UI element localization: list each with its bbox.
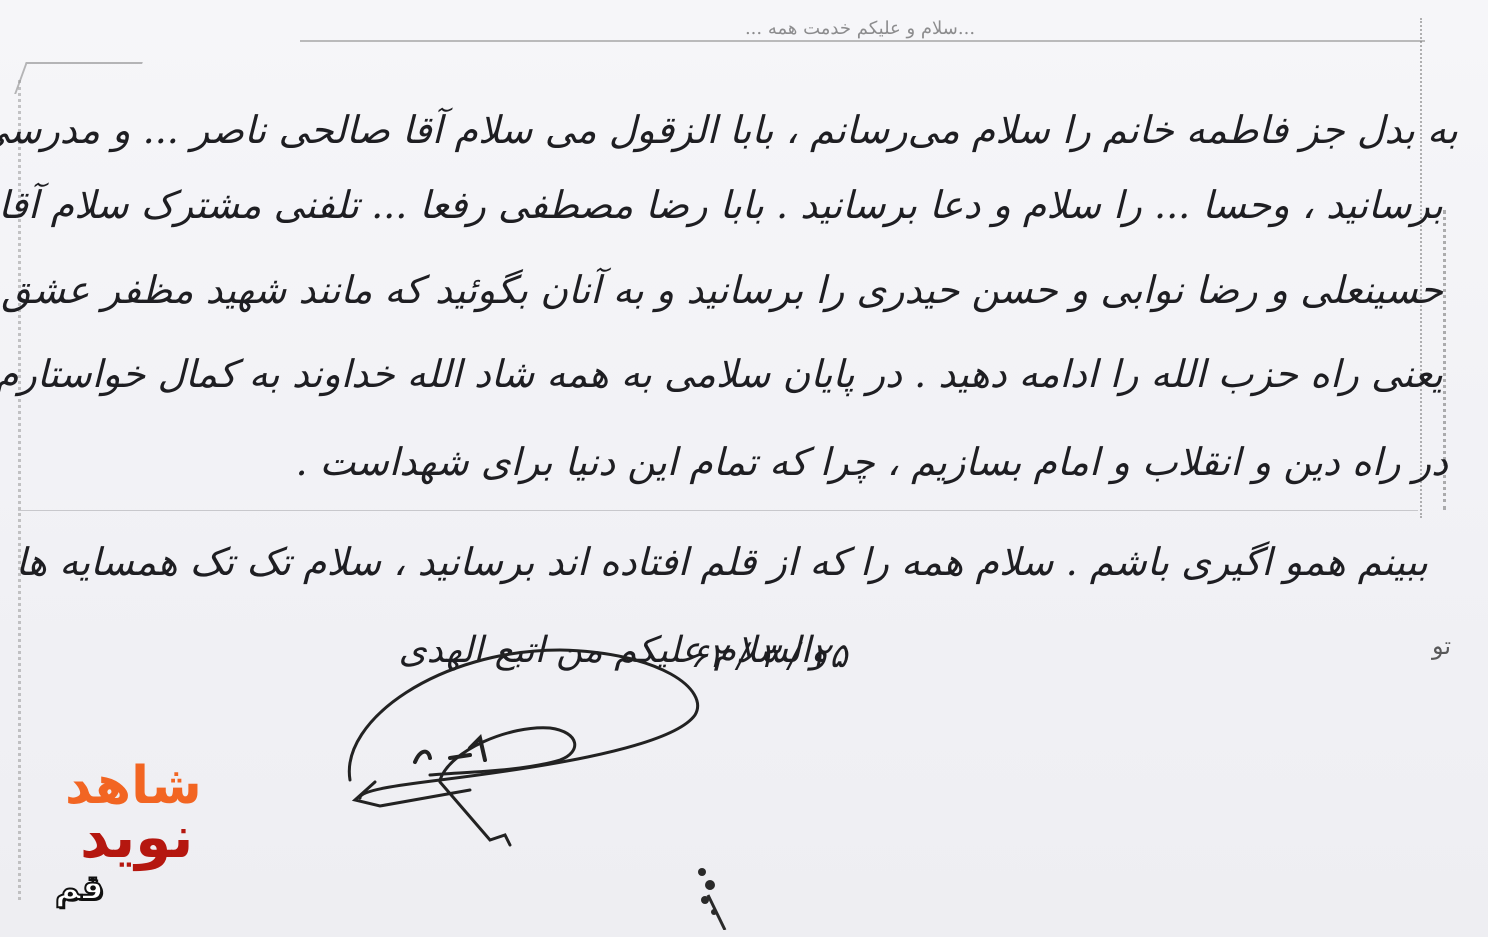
letter-date: ۲۵ / ۳ / ۶۲: [690, 636, 847, 676]
ink-smudge: [690, 860, 730, 930]
paper-top-edge: [300, 40, 1425, 42]
shahed-navid-logo: شاهد نوید قم: [55, 760, 235, 920]
letter-line-6: ببینم همو اگیری باشم . سلام همه را که از…: [48, 540, 1428, 584]
paper-fold-line: [18, 510, 1418, 511]
paper-corner-fold: [14, 62, 143, 94]
letter-line-2: برسانید ، وحسا ... را سلام و دعا برسانید…: [43, 183, 1443, 227]
margin-note: تو: [1432, 632, 1451, 660]
logo-text-navid: نوید: [80, 808, 193, 866]
letter-line-3: حسینعلی و رضا نوابی و حسن حیدری را برسان…: [43, 268, 1443, 312]
scanned-letter-page: ...سلام و علیکم خدمت همه ... به بدل جز ف…: [0, 0, 1488, 937]
logo-city-qom: قم: [55, 868, 104, 908]
letter-line-4: یعنی راه حزب الله را ادامه دهید . در پای…: [43, 352, 1443, 396]
signature-icon: [320, 640, 700, 870]
letter-line-5: در راه دین و انقلاب و امام بسازیم ، چرا …: [348, 440, 1448, 484]
letter-line-1: به بدل جز فاطمه خانم را سلام می‌رسانم ، …: [18, 108, 1458, 152]
